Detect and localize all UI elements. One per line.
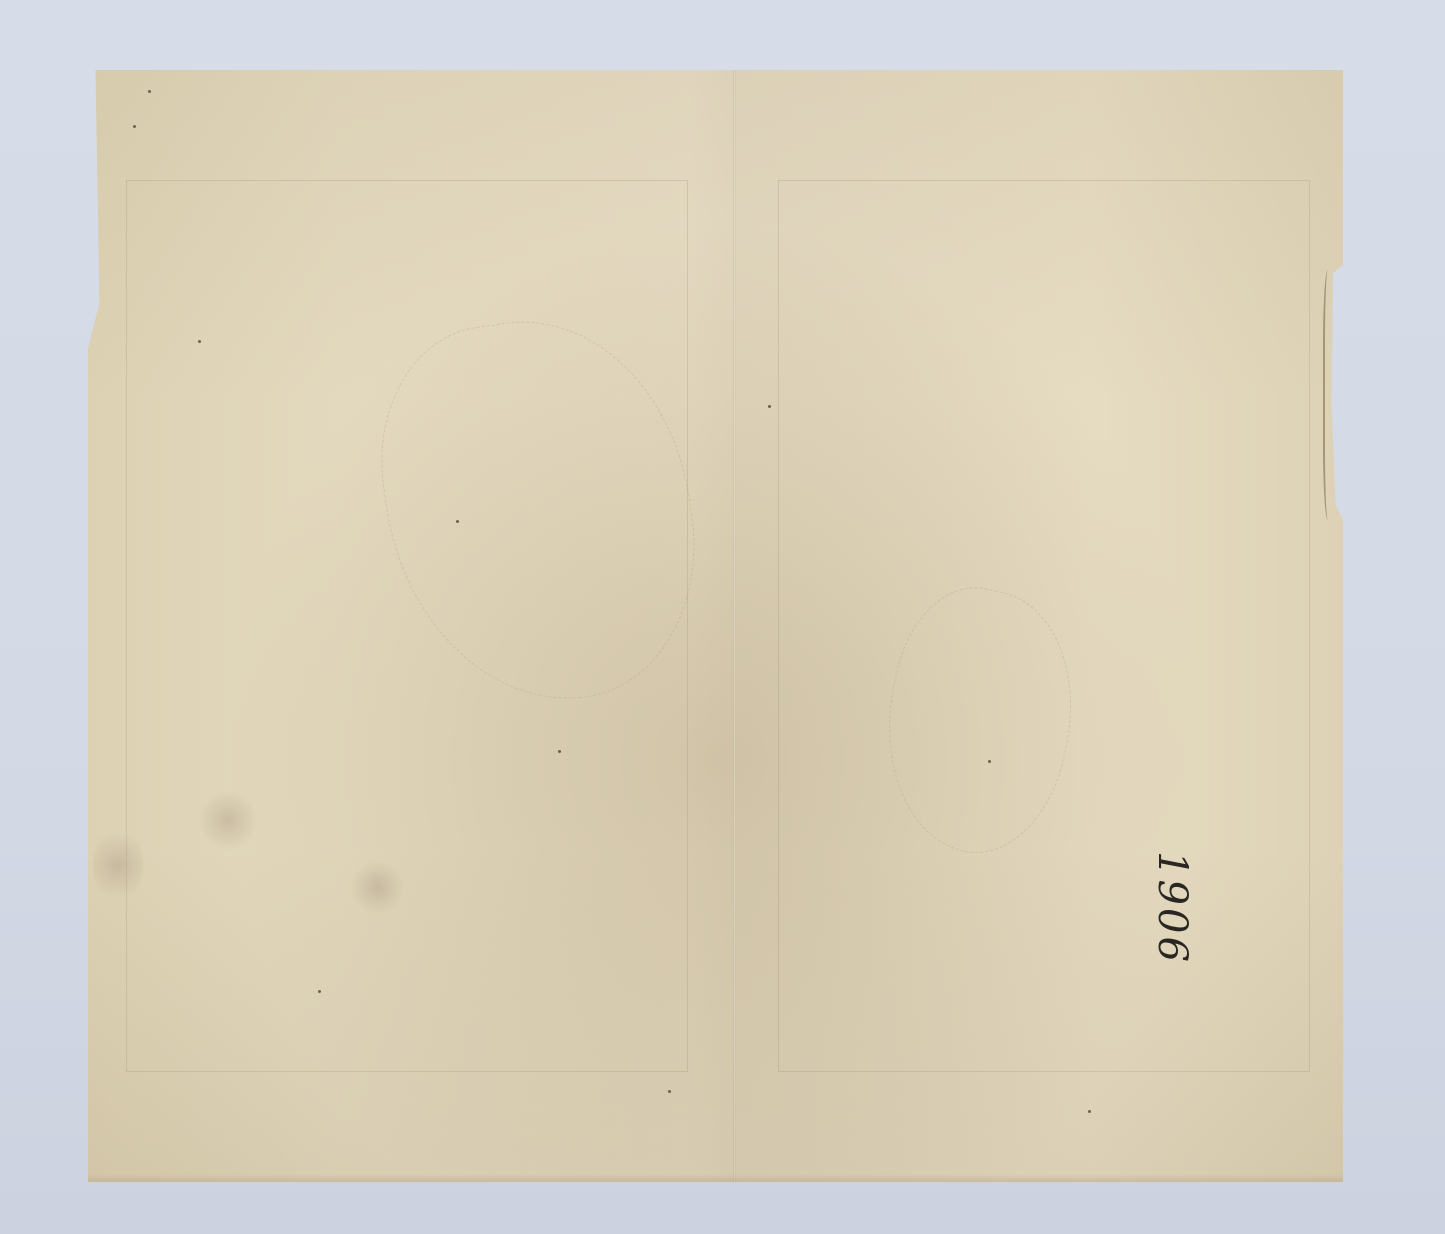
paper-speck: [133, 125, 136, 128]
paper-speck: [456, 520, 459, 523]
paper-speck: [988, 760, 991, 763]
paper-speck: [668, 1090, 671, 1093]
show-through-outline-left: [363, 301, 715, 721]
show-through-outline-right: [863, 574, 1095, 868]
foxing-stain: [350, 860, 405, 915]
left-plate-mark: [126, 180, 688, 1072]
paper-speck: [558, 750, 561, 753]
paper-speck: [198, 340, 201, 343]
torn-right-edge: [1323, 270, 1339, 520]
handwritten-year-annotation: 1906: [1149, 851, 1195, 965]
paper-speck: [1088, 1110, 1091, 1113]
foxing-stain: [198, 790, 258, 850]
paper-speck: [318, 990, 321, 993]
center-fold-line: [733, 70, 736, 1182]
foxing-stain: [93, 825, 143, 905]
paper-sheet: [88, 70, 1343, 1182]
right-plate-mark: [778, 180, 1310, 1072]
paper-speck: [768, 405, 771, 408]
paper-speck: [148, 90, 151, 93]
bottom-edge-wear: [88, 1174, 1343, 1182]
